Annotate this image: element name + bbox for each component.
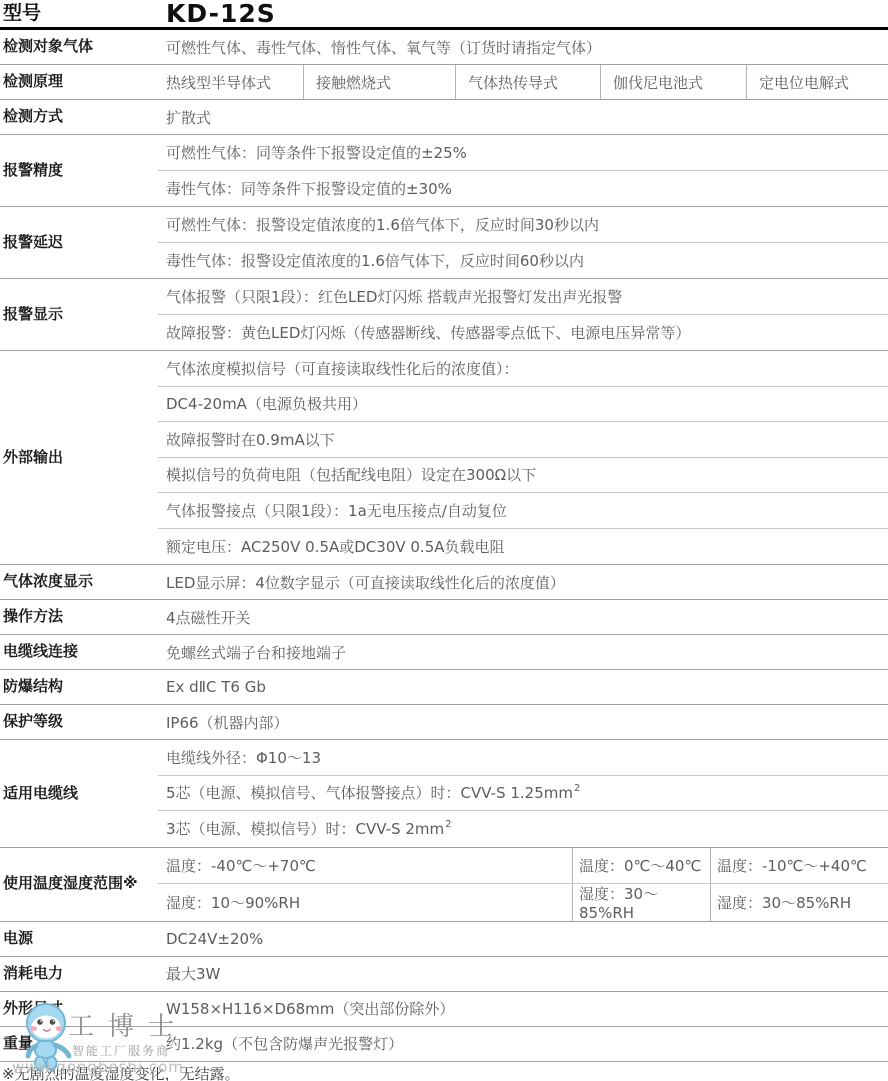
principle-cell: 接触燃烧式	[303, 65, 455, 99]
sub-row: 故障报警时在0.9mA以下	[158, 422, 888, 458]
sub-row: DC4-20mA（电源负极共用）	[158, 387, 888, 423]
table-row-dimensions: 外形尺寸 W158×H116×D68mm（突出部份除外）	[0, 992, 888, 1027]
sub-row: 毒性气体：同等条件下报警设定值的±30%	[158, 171, 888, 207]
temperature-row: 温度：-40℃～+70℃ 温度：0℃～40℃ 温度：-10℃～+40℃	[158, 848, 888, 885]
table-row-concentration-display: 气体浓度显示 LED显示屏：4位数字显示（可直接读取线性化后的浓度值）	[0, 565, 888, 600]
sub-row: 可燃性气体：同等条件下报警设定值的±25%	[158, 135, 888, 171]
grid-cell: 温度：-10℃～+40℃	[710, 848, 888, 884]
row-label: 保护等级	[0, 705, 158, 739]
table-row-power-supply: 电源 DC24V±20%	[0, 922, 888, 957]
table-row-target-gas: 检测对象气体 可燃性气体、毒性气体、惰性气体、氧气等（订货时请指定气体）	[0, 30, 888, 65]
principle-cell: 气体热传导式	[455, 65, 600, 99]
humidity-row: 湿度：10～90%RH 湿度：30～85%RH 湿度：30～85%RH	[158, 884, 888, 921]
grid-cell: 湿度：30～85%RH	[572, 884, 710, 921]
sub-row: 毒性气体：报警设定值浓度的1.6倍气体下，反应时间60秒以内	[158, 243, 888, 279]
sub-row: 电缆线外径：Φ10～13	[158, 740, 888, 776]
grid-cell: 湿度：10～90%RH	[158, 884, 572, 921]
row-value: 最大3W	[158, 957, 888, 991]
sub-rows: 可燃性气体：报警设定值浓度的1.6倍气体下，反应时间30秒以内 毒性气体：报警设…	[158, 207, 888, 278]
row-label: 使用温度湿度范围※	[0, 848, 158, 921]
footnote: ※无剧烈的温度湿度变化，无结露。	[0, 1062, 888, 1081]
row-label: 适用电缆线	[0, 740, 158, 847]
principle-cell: 热线型半导体式	[158, 65, 303, 99]
grid-cell: 温度：0℃～40℃	[572, 848, 710, 884]
principle-columns: 热线型半导体式 接触燃烧式 气体热传导式 伽伐尼电池式 定电位电解式	[158, 65, 888, 99]
row-value: Ex dⅡC T6 Gb	[158, 670, 888, 704]
row-label: 报警精度	[0, 135, 158, 206]
row-value: W158×H116×D68mm（突出部份除外）	[158, 992, 888, 1026]
model-value: KD-12S	[158, 0, 888, 28]
table-row-alarm-delay: 报警延迟 可燃性气体：报警设定值浓度的1.6倍气体下，反应时间30秒以内 毒性气…	[0, 207, 888, 279]
grid-cell: 湿度：30～85%RH	[710, 884, 888, 921]
table-row-detection-method: 检测方式 扩散式	[0, 100, 888, 135]
row-value: 扩散式	[158, 100, 888, 134]
sub-row: 5芯（电源、模拟信号、气体报警接点）时：CVV-S 1.25mm2	[158, 776, 888, 812]
table-row-explosionproof-structure: 防爆结构 Ex dⅡC T6 Gb	[0, 670, 888, 705]
table-row-applicable-cable: 适用电缆线 电缆线外径：Φ10～13 5芯（电源、模拟信号、气体报警接点）时：C…	[0, 740, 888, 848]
sub-row-text: 3芯（电源、模拟信号）时：CVV-S 2mm	[166, 818, 444, 839]
table-row-model: 型号 KD-12S	[0, 0, 888, 30]
grid-cell: 温度：-40℃～+70℃	[158, 848, 572, 884]
row-label: 气体浓度显示	[0, 565, 158, 599]
table-row-cable-connection: 电缆线连接 免螺丝式端子台和接地端子	[0, 635, 888, 670]
principle-cell: 定电位电解式	[746, 65, 888, 99]
sub-row-text: 电缆线外径：Φ10～13	[166, 747, 321, 768]
sub-rows: 可燃性气体：同等条件下报警设定值的±25% 毒性气体：同等条件下报警设定值的±3…	[158, 135, 888, 206]
sub-row-text: 5芯（电源、模拟信号、气体报警接点）时：CVV-S 1.25mm	[166, 782, 573, 803]
table-row-power-consumption: 消耗电力 最大3W	[0, 957, 888, 992]
sub-row: 故障报警：黄色LED灯闪烁（传感器断线、传感器零点低下、电源电压异常等）	[158, 315, 888, 351]
table-row-external-output: 外部输出 气体浓度模拟信号（可直接读取线性化后的浓度值）： DC4-20mA（电…	[0, 351, 888, 565]
sub-rows: 气体浓度模拟信号（可直接读取线性化后的浓度值）： DC4-20mA（电源负极共用…	[158, 351, 888, 564]
table-row-temp-humidity-range: 使用温度湿度范围※ 温度：-40℃～+70℃ 温度：0℃～40℃ 温度：-10℃…	[0, 848, 888, 922]
sub-row: 可燃性气体：报警设定值浓度的1.6倍气体下，反应时间30秒以内	[158, 207, 888, 243]
row-value: LED显示屏：4位数字显示（可直接读取线性化后的浓度值）	[158, 565, 888, 599]
row-value: 约1.2kg（不包含防爆声光报警灯）	[158, 1027, 888, 1061]
sub-row: 气体报警（只限1段）：红色LED灯闪烁 搭载声光报警灯发出声光报警	[158, 279, 888, 315]
sub-row: 额定电压：AC250V 0.5A或DC30V 0.5A负载电阻	[158, 529, 888, 565]
table-row-alarm-accuracy: 报警精度 可燃性气体：同等条件下报警设定值的±25% 毒性气体：同等条件下报警设…	[0, 135, 888, 207]
row-label: 电缆线连接	[0, 635, 158, 669]
row-label: 报警延迟	[0, 207, 158, 278]
spec-table: 型号 KD-12S 检测对象气体 可燃性气体、毒性气体、惰性气体、氧气等（订货时…	[0, 0, 888, 1081]
row-label: 检测原理	[0, 65, 158, 99]
sub-row: 气体报警接点（只限1段）：1a无电压接点/自动复位	[158, 493, 888, 529]
row-label: 外部输出	[0, 351, 158, 564]
row-label: 外形尺寸	[0, 992, 158, 1026]
row-value: IP66（机器内部）	[158, 705, 888, 739]
row-label: 消耗电力	[0, 957, 158, 991]
row-label: 检测方式	[0, 100, 158, 134]
row-value: 4点磁性开关	[158, 600, 888, 634]
temp-humidity-grid: 温度：-40℃～+70℃ 温度：0℃～40℃ 温度：-10℃～+40℃ 湿度：1…	[158, 848, 888, 921]
sub-row: 气体浓度模拟信号（可直接读取线性化后的浓度值）：	[158, 351, 888, 387]
principle-cell: 伽伐尼电池式	[600, 65, 746, 99]
row-label: 防爆结构	[0, 670, 158, 704]
table-row-protection-class: 保护等级 IP66（机器内部）	[0, 705, 888, 740]
row-value: DC24V±20%	[158, 922, 888, 956]
table-row-alarm-display: 报警显示 气体报警（只限1段）：红色LED灯闪烁 搭载声光报警灯发出声光报警 故…	[0, 279, 888, 351]
sub-rows: 气体报警（只限1段）：红色LED灯闪烁 搭载声光报警灯发出声光报警 故障报警：黄…	[158, 279, 888, 350]
sub-rows: 电缆线外径：Φ10～13 5芯（电源、模拟信号、气体报警接点）时：CVV-S 1…	[158, 740, 888, 847]
row-label: 操作方法	[0, 600, 158, 634]
row-label: 电源	[0, 922, 158, 956]
model-label: 型号	[0, 3, 158, 25]
table-row-detection-principle: 检测原理 热线型半导体式 接触燃烧式 气体热传导式 伽伐尼电池式 定电位电解式	[0, 65, 888, 100]
table-row-weight: 重量 约1.2kg（不包含防爆声光报警灯）	[0, 1027, 888, 1062]
row-label: 重量	[0, 1027, 158, 1061]
sub-row: 3芯（电源、模拟信号）时：CVV-S 2mm2	[158, 811, 888, 847]
row-value: 免螺丝式端子台和接地端子	[158, 635, 888, 669]
table-row-operation-method: 操作方法 4点磁性开关	[0, 600, 888, 635]
row-label: 报警显示	[0, 279, 158, 350]
row-label: 检测对象气体	[0, 30, 158, 64]
row-value: 可燃性气体、毒性气体、惰性气体、氧气等（订货时请指定气体）	[158, 30, 888, 64]
sub-row: 模拟信号的负荷电阻（包括配线电阻）设定在300Ω以下	[158, 458, 888, 494]
